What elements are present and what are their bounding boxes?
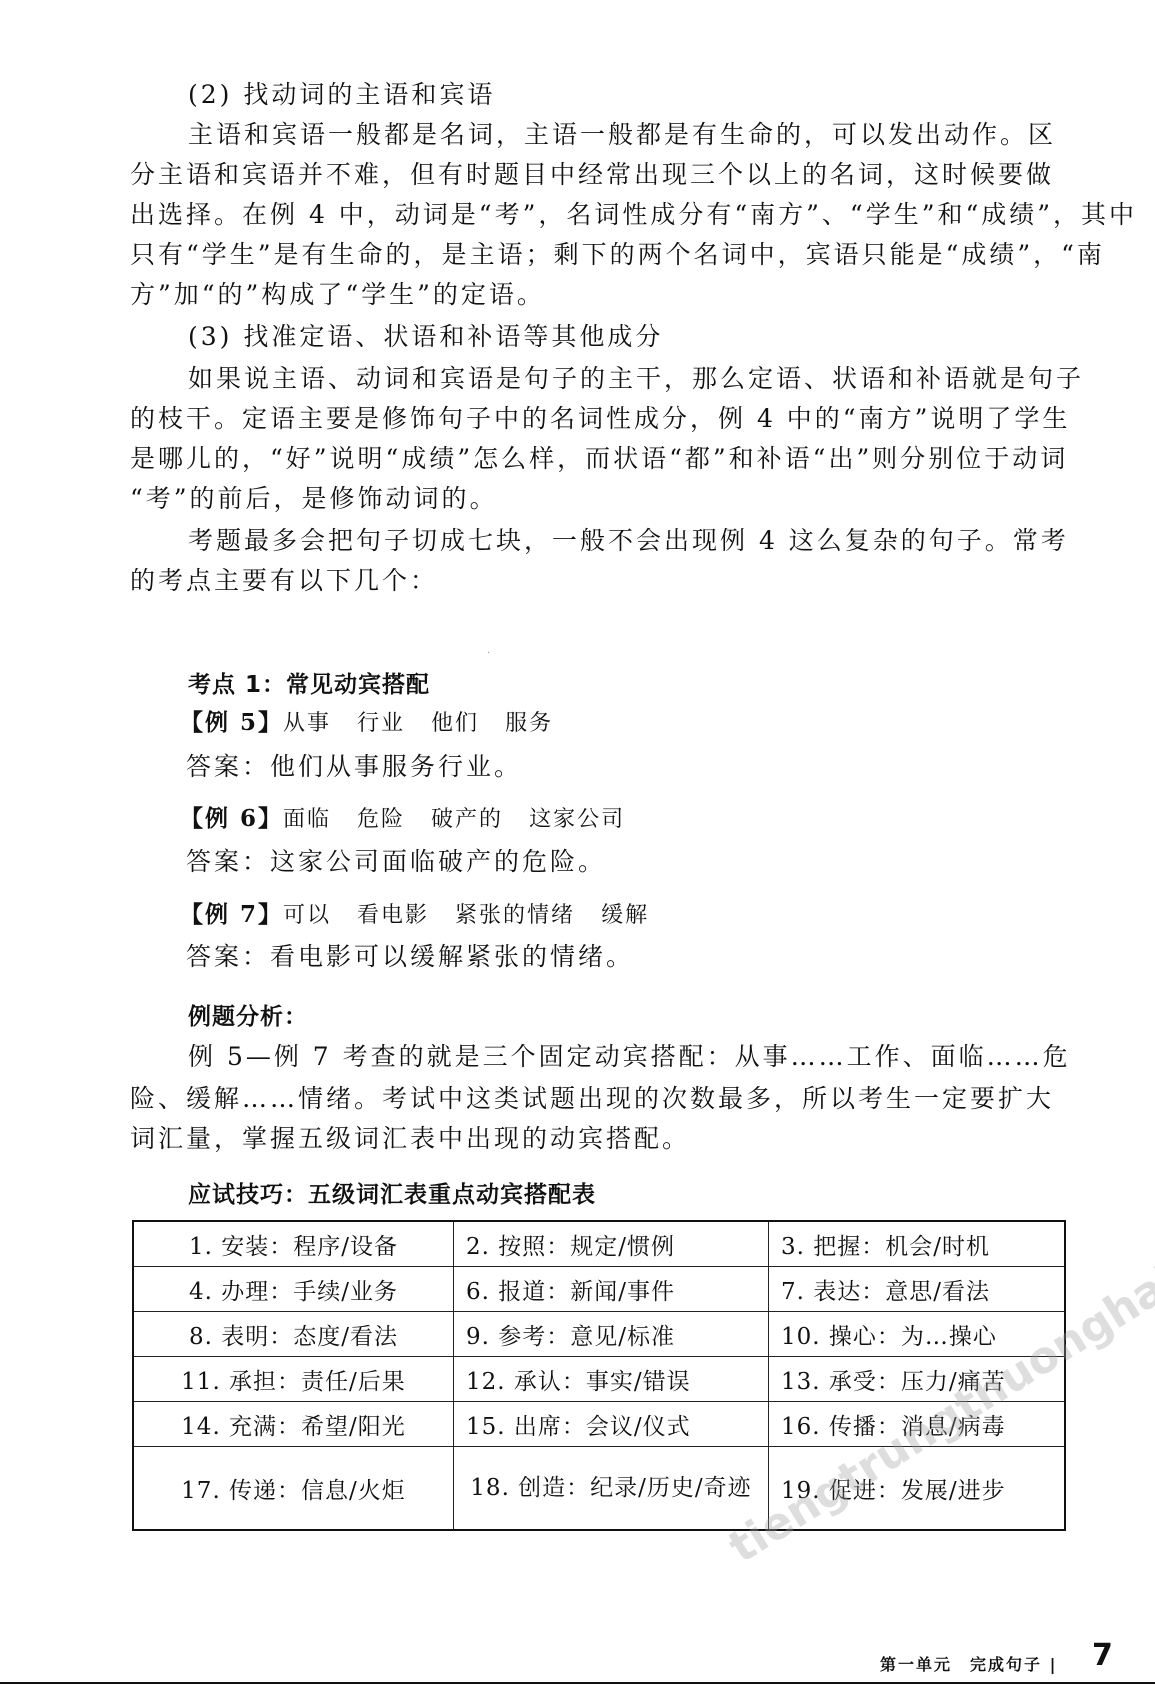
paragraph-line: 如果说主语、动词和宾语是句子的主干，那么定语、状语和补语就是句子	[188, 364, 1123, 394]
example-5-answer: 答案：他们从事服务行业。	[186, 752, 1121, 782]
example-6-answer: 答案：这家公司面临破产的危险。	[186, 847, 1121, 877]
table-cell: 14. 充满：希望/阳光	[133, 1402, 454, 1447]
section-3-heading: (3) 找准定语、状语和补语等其他成分	[188, 322, 1123, 352]
page-number: 7	[1092, 1638, 1113, 1673]
table-cell: 17. 传递：信息/火炬	[133, 1447, 454, 1531]
table-cell: 9. 参考：意见/标准	[454, 1312, 769, 1357]
paragraph-line: 分主语和宾语并不难，但有时题目中经常出现三个以上的名词，这时候要做	[130, 160, 1065, 190]
paragraph-line: 是哪儿的，“好”说明“成绩”怎么样，而状语“都”和补语“出”则分别位于动词	[130, 444, 1065, 474]
example-word: 紧张的情绪	[455, 901, 575, 931]
table-cell: 3. 把握：机会/时机	[769, 1221, 1066, 1267]
table-cell: 8. 表明：态度/看法	[133, 1312, 454, 1357]
table-cell: 2. 按照：规定/惯例	[454, 1221, 769, 1267]
paragraph-line: 只有“学生”是有生命的，是主语；剩下的两个名词中，宾语只能是“成绩”，“南	[130, 240, 1065, 270]
example-5-prompt: 【例 5】从事行业他们服务	[180, 708, 1115, 739]
example-word: 缓解	[601, 901, 649, 931]
table-cell: 18. 创造：纪录/历史/奇迹	[454, 1447, 769, 1531]
paragraph-line: 词汇量，掌握五级词汇表中出现的动宾搭配。	[130, 1124, 1065, 1154]
table-row: 4. 办理：手续/业务 6. 报道：新闻/事件 7. 表达：意思/看法	[133, 1267, 1065, 1312]
paragraph-line: 方”加“的”构成了“学生”的定语。	[130, 280, 1065, 310]
example-word: 面临	[283, 805, 331, 835]
example-word: 可以	[283, 901, 331, 931]
example-word: 行业	[357, 709, 405, 739]
example-7-answer: 答案：看电影可以缓解紧张的情绪。	[186, 942, 1121, 972]
example-word: 服务	[505, 709, 553, 739]
example-word: 危险	[357, 805, 405, 835]
example-word: 破产的	[431, 805, 503, 835]
paragraph-line: “考”的前后，是修饰动词的。	[130, 484, 1065, 514]
paragraph-line: 险、缓解……情绪。考试中这类试题出现的次数最多，所以考生一定要扩大	[130, 1084, 1065, 1114]
paragraph-line: 考题最多会把句子切成七块，一般不会出现例 4 这么复杂的句子。常考	[188, 526, 1123, 556]
example-7-prompt: 【例 7】可以看电影紧张的情绪缓解	[180, 900, 1115, 931]
table-cell: 12. 承认：事实/错误	[454, 1357, 769, 1402]
section-2-heading: (2) 找动词的主语和宾语	[188, 80, 1123, 110]
table-row: 8. 表明：态度/看法 9. 参考：意见/标准 10. 操心：为…操心	[133, 1312, 1065, 1357]
table-cell: 11. 承担：责任/后果	[133, 1357, 454, 1402]
example-label: 【例 6】	[180, 805, 283, 832]
bottom-rule	[0, 1682, 1155, 1684]
paragraph-line: 例 5—例 7 考查的就是三个固定动宾搭配：从事……工作、面临……危	[188, 1042, 1123, 1072]
table-row: 1. 安装：程序/设备 2. 按照：规定/惯例 3. 把握：机会/时机	[133, 1221, 1065, 1267]
example-label: 【例 7】	[180, 901, 283, 928]
paragraph-line: 主语和宾语一般都是名词，主语一般都是有生命的，可以发出动作。区	[188, 120, 1123, 150]
paragraph-line: 出选择。在例 4 中，动词是“考”，名词性成分有“南方”、“学生”和“成绩”，其…	[130, 200, 1065, 230]
example-6-prompt: 【例 6】面临危险破产的这家公司	[180, 804, 1115, 835]
table-cell: 7. 表达：意思/看法	[769, 1267, 1066, 1312]
textbook-page: (2) 找动词的主语和宾语 主语和宾语一般都是名词，主语一般都是有生命的，可以发…	[0, 0, 1155, 1685]
paragraph-line: 的枝干。定语主要是修饰句子中的名词性成分，例 4 中的“南方”说明了学生	[130, 404, 1065, 434]
example-word: 这家公司	[529, 805, 625, 835]
table-cell: 1. 安装：程序/设备	[133, 1221, 454, 1267]
example-label: 【例 5】	[180, 709, 283, 736]
analysis-heading: 例题分析：	[188, 1002, 1123, 1032]
table-cell: 6. 报道：新闻/事件	[454, 1267, 769, 1312]
tips-heading: 应试技巧：五级词汇表重点动宾搭配表	[188, 1180, 1123, 1210]
scan-speck: ·	[487, 648, 495, 662]
running-head: 第一单元 完成句子 |	[880, 1652, 1057, 1675]
verb-object-collocation-table: 1. 安装：程序/设备 2. 按照：规定/惯例 3. 把握：机会/时机 4. 办…	[132, 1220, 1066, 1531]
example-word: 看电影	[357, 901, 429, 931]
example-word: 从事	[283, 709, 331, 739]
example-word: 他们	[431, 709, 479, 739]
table-cell: 4. 办理：手续/业务	[133, 1267, 454, 1312]
kaodian-1-heading: 考点 1：常见动宾搭配	[188, 670, 1123, 700]
paragraph-line: 的考点主要有以下几个：	[130, 566, 1065, 596]
table-cell: 15. 出席：会议/仪式	[454, 1402, 769, 1447]
table-row: 11. 承担：责任/后果 12. 承认：事实/错误 13. 承受：压力/痛苦	[133, 1357, 1065, 1402]
